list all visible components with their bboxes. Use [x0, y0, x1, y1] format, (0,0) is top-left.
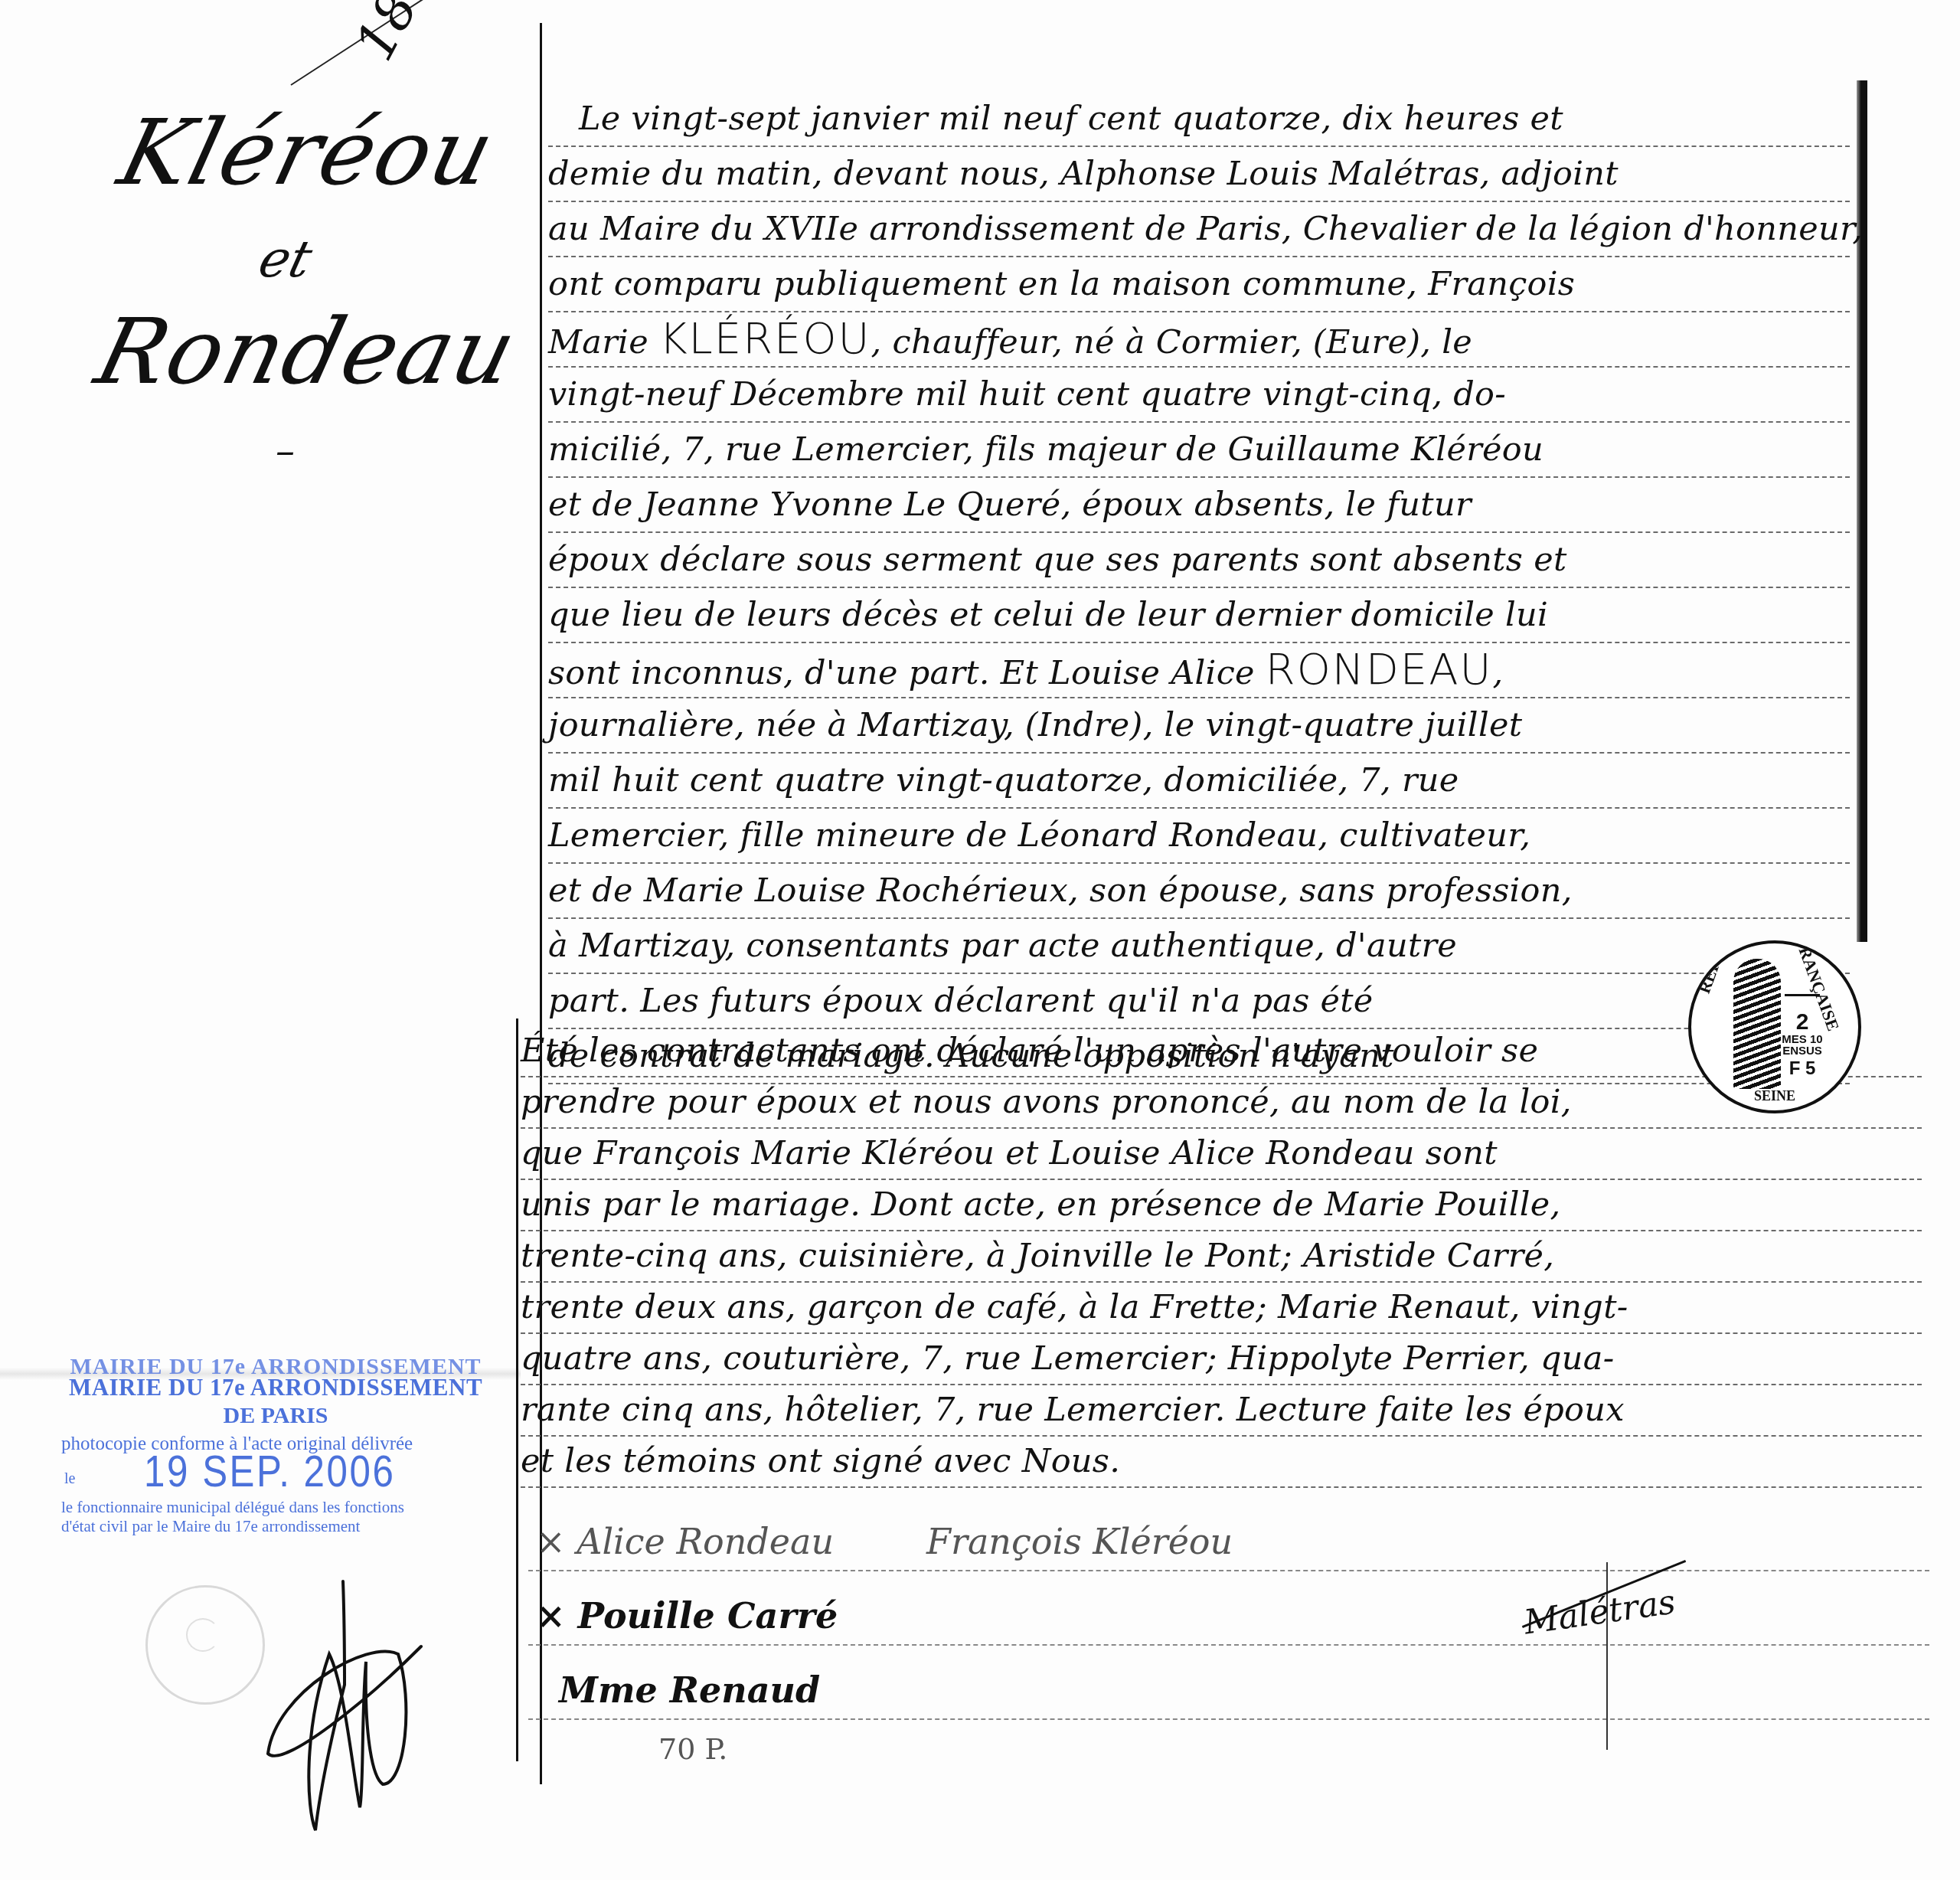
stamp-faded-line: MAIRIE DU 17e ARRONDISSEMENT: [61, 1354, 490, 1374]
text-line: à Martizay, consentants par acte authent…: [548, 919, 1850, 974]
signature-witness-2: Carré: [727, 1595, 838, 1636]
stamp-value-top: 2: [1781, 1011, 1824, 1034]
margin-dash: –: [276, 429, 295, 473]
certification-stamp: MAIRIE DU 17e ARRONDISSEMENT MAIRIE DU 1…: [61, 1354, 490, 1536]
text-line: Marie KLÉRÉOU, chauffeur, né à Cormier, …: [548, 312, 1850, 368]
capitalised-surname: KLÉRÉOU: [659, 314, 871, 364]
text-line: trente deux ans, garçon de café, à la Fr…: [521, 1283, 1922, 1334]
signature-witness-3: Mme Renaud: [559, 1669, 820, 1711]
signatures-block: × Alice Rondeau François Kléréou × Pouil…: [528, 1497, 1929, 1766]
stamp-value: 2 MES 10 ENSUS F 5: [1781, 1011, 1824, 1078]
text-line: époux déclare sous serment que ses paren…: [548, 533, 1850, 588]
signature-row: × Alice Rondeau François Kléréou: [528, 1497, 1929, 1571]
stamp-le: le: [64, 1470, 75, 1488]
signature-witness-4: 70 P.: [658, 1732, 727, 1766]
text-line: sont inconnus, d'une part. Et Louise Ali…: [548, 643, 1850, 698]
text-line: journalière, née à Martizay, (Indre), le…: [548, 698, 1850, 754]
text-line: quatre ans, couturière, 7, rue Lemercier…: [521, 1334, 1922, 1385]
signature-witness-1: × Pouille: [536, 1595, 715, 1636]
text-line: et de Jeanne Yvonne Le Queré, époux abse…: [548, 478, 1850, 533]
margin-bride-surname: Rondeau: [87, 299, 528, 404]
stamp-value-sub: MES 10: [1781, 1034, 1824, 1045]
stamp-value-label: ENSUS: [1781, 1045, 1824, 1057]
act-text-upper: Le vingt-sept janvier mil neuf cent quat…: [548, 92, 1850, 1084]
fiscal-stamp: RÉPUBLIQUE FRANÇAISE 2 MES 10 ENSUS F 5 …: [1688, 940, 1861, 1113]
text-line: part. Les futurs époux déclarent qu'il n…: [548, 974, 1850, 1029]
stamp-delegation-line: d'état civil par le Maire du 17e arrondi…: [61, 1517, 490, 1536]
signature-row: × Pouille Carré: [528, 1571, 1929, 1646]
stamp-mairie-line: MAIRIE DU 17e ARRONDISSEMENT: [61, 1374, 490, 1401]
text-line: Lemercier, fille mineure de Léonard Rond…: [548, 809, 1850, 864]
act-number: 180: [343, 0, 446, 70]
text-line: que François Marie Kléréou et Louise Ali…: [521, 1129, 1922, 1180]
text-line: trente-cinq ans, cuisinière, à Joinville…: [521, 1231, 1922, 1283]
stamp-department: SEINE: [1691, 1088, 1858, 1104]
margin-groom-surname: Kléréou: [109, 100, 505, 205]
stamp-date-row: le 19 SEP. 2006: [61, 1455, 490, 1490]
text-line: demie du matin, devant nous, Alphonse Lo…: [548, 147, 1850, 202]
register-margin-rule-lower: [516, 1018, 518, 1761]
margin-conjunction: et: [253, 230, 318, 289]
text-line: Le vingt-sept janvier mil neuf cent quat…: [548, 92, 1850, 147]
text-line: et les témoins ont signé avec Nous.: [521, 1437, 1922, 1488]
marianne-figure-icon: [1733, 959, 1781, 1089]
text-line: que lieu de leurs décès et celui de leur…: [548, 588, 1850, 643]
text-line: au Maire du XVIIe arrondissement de Pari…: [548, 202, 1850, 257]
stamp-date: 19 SEP. 2006: [144, 1446, 395, 1497]
stamp-official-line: le fonctionnaire municipal délégué dans …: [61, 1498, 490, 1517]
paraph-signature-icon: [230, 1578, 429, 1838]
text-line: unis par le mariage. Dont acte, en prése…: [521, 1180, 1922, 1231]
signature-row: Mme Renaud: [528, 1646, 1929, 1720]
stamp-value-franc: F 5: [1781, 1060, 1824, 1078]
text-line: mil huit cent quatre vingt-quatorze, dom…: [548, 754, 1850, 809]
text-line: et de Marie Louise Rochérieux, son épous…: [548, 864, 1850, 919]
text-line: vingt-neuf Décembre mil huit cent quatre…: [548, 368, 1850, 423]
stamp-city-line: DE PARIS: [61, 1403, 490, 1429]
signature-row: 70 P.: [528, 1720, 1929, 1766]
text-line: ont comparu publiquement en la maison co…: [548, 257, 1850, 312]
signature-groom: François Kléréou: [926, 1521, 1233, 1562]
scanned-register-page: 180 Kléréou et Rondeau – Le vingt-sept j…: [0, 0, 1960, 1880]
text-line: rante cinq ans, hôtelier, 7, rue Lemerci…: [521, 1385, 1922, 1437]
text-line: micilié, 7, rue Lemercier, fils majeur d…: [548, 423, 1850, 478]
signature-bride: × Alice Rondeau: [536, 1521, 834, 1562]
capitalised-surname: RONDEAU: [1266, 645, 1493, 695]
